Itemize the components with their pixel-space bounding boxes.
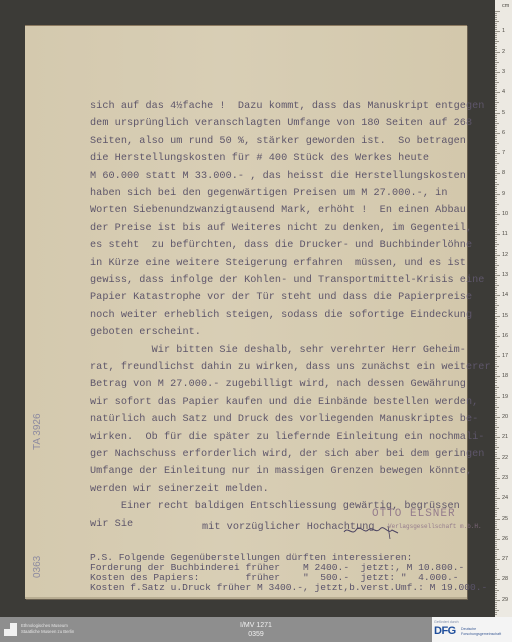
ruler-tick <box>495 100 497 101</box>
ruler-tick <box>495 309 497 310</box>
ruler-tick <box>495 350 497 351</box>
ruler-label: 28 <box>502 576 508 582</box>
ruler-tick <box>495 585 497 586</box>
letter-body-line: dem ursprünglich veranschlagten Umfange … <box>90 118 472 130</box>
ruler-tick <box>495 596 497 597</box>
ruler-tick <box>495 305 499 306</box>
ruler-tick <box>495 516 497 517</box>
ruler-tick <box>495 15 497 16</box>
ruler-tick <box>495 291 497 292</box>
ruler-tick <box>495 240 497 241</box>
ruler-tick <box>495 246 497 247</box>
ruler-tick <box>495 346 499 347</box>
ruler-tick <box>495 287 497 288</box>
ruler-tick <box>495 98 497 99</box>
ruler-tick <box>495 161 497 162</box>
ruler-tick <box>495 285 499 286</box>
ruler-tick <box>495 366 499 367</box>
ruler-tick <box>495 320 497 321</box>
ruler-tick <box>495 468 499 469</box>
ruler-tick <box>495 474 497 475</box>
ruler-tick <box>495 454 497 455</box>
funder-label: Gefördert durch <box>434 620 459 624</box>
ruler-tick <box>495 147 497 148</box>
ruler-tick <box>495 113 500 114</box>
ruler-tick <box>495 525 497 526</box>
letter-body-line: wir Sie <box>90 519 133 531</box>
ruler-label: 26 <box>502 536 508 542</box>
ruler-tick <box>495 464 497 465</box>
ruler-tick <box>495 523 497 524</box>
ruler-tick <box>495 608 497 609</box>
ruler-tick <box>495 131 497 132</box>
ruler-tick <box>495 299 497 300</box>
ruler-tick <box>495 533 497 534</box>
funder-name-line: Forschungsgemeinschaft <box>461 632 501 637</box>
ruler-tick <box>495 338 497 339</box>
ruler-tick <box>495 456 497 457</box>
scale-ruler: cm 1234567891011121314151617181920212223… <box>495 0 512 617</box>
ruler-tick <box>495 423 497 424</box>
ruler-tick <box>495 563 497 564</box>
ruler-tick <box>495 606 497 607</box>
ruler-tick <box>495 470 497 471</box>
ruler-tick <box>495 372 497 373</box>
ruler-tick <box>495 322 497 323</box>
ruler-label: 2 <box>502 49 505 55</box>
ruler-tick <box>495 41 499 42</box>
ruler-tick <box>495 324 497 325</box>
ruler-tick <box>495 318 497 319</box>
ruler-tick <box>495 498 500 499</box>
ruler-tick <box>495 592 497 593</box>
ruler-tick <box>495 242 497 243</box>
ruler-tick <box>495 214 500 215</box>
ruler-tick <box>495 62 499 63</box>
ruler-tick <box>495 409 497 410</box>
ruler-tick <box>495 29 497 30</box>
ruler-tick <box>495 435 497 436</box>
ruler-tick <box>495 415 497 416</box>
ruler-label: 8 <box>502 170 505 176</box>
ruler-tick <box>495 72 500 73</box>
ruler-tick <box>495 389 497 390</box>
ruler-tick <box>495 39 497 40</box>
ruler-tick <box>495 598 497 599</box>
ruler-tick <box>495 600 500 601</box>
ruler-tick <box>495 157 497 158</box>
ruler-label: 22 <box>502 455 508 461</box>
ruler-tick <box>495 82 499 83</box>
dfg-logo-icon: DFG <box>434 625 456 637</box>
ruler-tick <box>495 190 497 191</box>
ruler-tick <box>495 326 499 327</box>
ruler-label: 9 <box>502 191 505 197</box>
ruler-tick <box>495 117 497 118</box>
ruler-tick <box>495 198 497 199</box>
ruler-tick <box>495 614 497 615</box>
letter-body-line: wirken. Ob für die später zu liefernde E… <box>90 432 484 444</box>
ruler-tick <box>495 64 497 65</box>
ruler-tick <box>495 579 500 580</box>
ruler-tick <box>495 149 497 150</box>
ruler-tick <box>495 184 499 185</box>
ruler-tick <box>495 514 497 515</box>
ruler-tick <box>495 429 497 430</box>
ruler-tick <box>495 265 499 266</box>
ruler-tick <box>495 590 499 591</box>
ruler-tick <box>495 212 497 213</box>
ruler-tick <box>495 21 499 22</box>
ruler-tick <box>495 88 497 89</box>
ruler-tick <box>495 417 500 418</box>
ruler-tick <box>495 553 497 554</box>
ruler-tick <box>495 535 497 536</box>
ruler-tick <box>495 35 497 36</box>
ruler-tick <box>495 519 500 520</box>
ruler-label: 14 <box>502 292 508 298</box>
ruler-tick <box>495 226 497 227</box>
ruler-label: 17 <box>502 353 508 359</box>
ruler-tick <box>495 194 500 195</box>
ruler-tick <box>495 452 497 453</box>
ruler-tick <box>495 462 497 463</box>
ruler-tick <box>495 449 497 450</box>
ruler-tick <box>495 506 497 507</box>
ruler-tick <box>495 399 497 400</box>
ruler-tick <box>495 275 500 276</box>
ruler-tick <box>495 121 497 122</box>
letter-body-line: rat, freundlichst dahin zu wirken, dass … <box>90 362 491 374</box>
ruler-tick <box>495 92 500 93</box>
ruler-tick <box>495 43 497 44</box>
letter-body-line: die Herstellungskosten für # 400 Stück d… <box>90 153 429 165</box>
ruler-tick <box>495 559 500 560</box>
ruler-tick <box>495 476 497 477</box>
ruler-tick <box>495 267 497 268</box>
ruler-tick <box>495 531 497 532</box>
ruler-tick <box>495 188 497 189</box>
ruler-tick <box>495 96 497 97</box>
ruler-tick <box>495 358 497 359</box>
ruler-tick <box>495 360 497 361</box>
ruler-tick <box>495 364 497 365</box>
ruler-tick <box>495 575 497 576</box>
letter-body-line: Betrag von M 27.000.- zugebilligt wird, … <box>90 379 466 391</box>
ruler-tick <box>495 173 500 174</box>
ruler-label: 27 <box>502 556 508 562</box>
ruler-tick <box>495 380 497 381</box>
ruler-tick <box>495 277 497 278</box>
ruler-tick <box>495 228 497 229</box>
ruler-tick <box>495 25 497 26</box>
letter-body-line: noch weiter erheblich steigen, sodass di… <box>90 310 472 322</box>
ruler-tick <box>495 393 497 394</box>
ruler-tick <box>495 76 497 77</box>
ruler-label: 18 <box>502 373 508 379</box>
ruler-tick <box>495 445 497 446</box>
ruler-tick <box>495 303 497 304</box>
letter-body-line: sich auf das 4½fache ! Dazu kommt, dass … <box>90 101 484 113</box>
ruler-tick <box>495 378 497 379</box>
ruler-tick <box>495 439 497 440</box>
ruler-tick <box>495 512 497 513</box>
ruler-tick <box>495 165 497 166</box>
ruler-tick <box>495 447 499 448</box>
ruler-tick <box>495 135 497 136</box>
ruler-tick <box>495 23 497 24</box>
ruler-tick <box>495 362 497 363</box>
page-fold-edge <box>25 597 467 599</box>
ruler-tick <box>495 565 497 566</box>
ruler-tick <box>495 395 497 396</box>
ruler-tick <box>495 283 497 284</box>
letter-body-line: es steht zu befürchten, dass die Drucker… <box>90 240 472 252</box>
ruler-tick <box>495 220 497 221</box>
ruler-tick <box>495 573 497 574</box>
ruler-tick <box>495 496 497 497</box>
ruler-tick <box>495 356 500 357</box>
ruler-tick <box>495 385 497 386</box>
ruler-tick <box>495 577 497 578</box>
ruler-tick <box>495 344 497 345</box>
ruler-tick <box>495 177 497 178</box>
ruler-tick <box>495 311 497 312</box>
ruler-tick <box>495 330 497 331</box>
ruler-tick <box>495 425 497 426</box>
ruler-tick <box>495 391 497 392</box>
ruler-label: 24 <box>502 495 508 501</box>
ruler-tick <box>495 529 499 530</box>
ruler-tick <box>495 301 497 302</box>
ruler-tick <box>495 352 497 353</box>
ruler-tick <box>495 370 497 371</box>
ruler-tick <box>495 269 497 270</box>
ruler-tick <box>495 307 497 308</box>
ruler-tick <box>495 374 497 375</box>
margin-note-folio: 0363 <box>32 556 43 578</box>
ruler-tick <box>495 46 497 47</box>
ruler-tick <box>495 251 497 252</box>
letter-body-line: Worten Siebenundzwanzigtausend Mark, erh… <box>90 205 466 217</box>
ruler-tick <box>495 413 497 414</box>
letter-body-line: werden wir seinerzeit melden. <box>90 484 269 496</box>
ruler-tick <box>495 472 497 473</box>
ruler-tick <box>495 441 497 442</box>
ruler-tick <box>495 273 497 274</box>
ruler-tick <box>495 253 497 254</box>
ruler-tick <box>495 196 497 197</box>
ruler-tick <box>495 58 497 59</box>
ruler-tick <box>495 279 497 280</box>
ruler-tick <box>495 460 497 461</box>
ruler-tick <box>495 427 499 428</box>
ruler-tick <box>495 348 497 349</box>
ruler-tick <box>495 33 497 34</box>
ruler-tick <box>495 405 497 406</box>
ruler-tick <box>495 171 497 172</box>
ruler-tick <box>495 94 497 95</box>
ruler-tick <box>495 549 499 550</box>
ruler-tick <box>495 334 497 335</box>
ruler-tick <box>495 68 497 69</box>
ruler-tick <box>495 437 500 438</box>
ruler-tick <box>495 342 497 343</box>
ruler-tick <box>495 86 497 87</box>
ruler-tick <box>495 80 497 81</box>
ruler-tick <box>495 108 497 109</box>
ruler-tick <box>495 569 499 570</box>
ruler-tick <box>495 50 497 51</box>
ruler-tick <box>495 281 497 282</box>
letter-body-line: wir sofort das Papier kaufen und die Ein… <box>90 397 478 409</box>
ruler-tick <box>495 232 497 233</box>
ruler-tick <box>495 257 497 258</box>
ruler-tick <box>495 102 499 103</box>
ruler-tick <box>495 60 497 61</box>
ruler-tick <box>495 141 497 142</box>
ruler-tick <box>495 602 497 603</box>
ruler-label: 25 <box>502 516 508 522</box>
ruler-tick <box>495 421 497 422</box>
ruler-tick <box>495 482 497 483</box>
ruler-tick <box>495 259 497 260</box>
ruler-tick <box>495 521 497 522</box>
ruler-tick <box>495 407 499 408</box>
ruler-tick <box>495 354 497 355</box>
ruler-tick <box>495 244 499 245</box>
ruler-tick <box>495 490 497 491</box>
ruler-label: 6 <box>502 130 505 136</box>
publisher-stamp-subline: Verlagsgesellschaft m.b.H. <box>388 523 482 530</box>
ruler-tick <box>495 78 497 79</box>
letter-body-line: der Preise ist bis auf Weiteres nicht zu… <box>90 223 472 235</box>
ruler-tick <box>495 255 500 256</box>
handwritten-signature <box>342 522 402 540</box>
letter-body-line: Umfange der Einleitung nur in massigen G… <box>90 466 472 478</box>
ruler-tick <box>495 127 497 128</box>
ruler-tick <box>495 510 497 511</box>
ruler-tick <box>495 478 500 479</box>
ruler-label: 16 <box>502 333 508 339</box>
ruler-tick <box>495 431 497 432</box>
ruler-label: 10 <box>502 211 508 217</box>
ruler-tick <box>495 571 497 572</box>
ruler-tick <box>495 336 500 337</box>
ruler-tick <box>495 411 497 412</box>
ruler-tick <box>495 70 497 71</box>
ruler-tick <box>495 419 497 420</box>
ruler-tick <box>495 541 497 542</box>
letter-body-line: M 60.000 statt M 33.000.- , das heisst d… <box>90 171 466 183</box>
ruler-tick <box>495 123 499 124</box>
ruler-tick <box>495 316 500 317</box>
ruler-tick <box>495 480 497 481</box>
ruler-tick <box>495 145 497 146</box>
ruler-tick <box>495 368 497 369</box>
ruler-tick <box>495 192 497 193</box>
ruler-tick <box>495 604 497 605</box>
ruler-tick <box>495 484 497 485</box>
ruler-label: 12 <box>502 252 508 258</box>
ruler-tick <box>495 466 497 467</box>
letter-body-line: Seiten, also um rund 50 %, stärker gewor… <box>90 136 466 148</box>
archive-footer: Ethnologisches Museum Staatliche Museen … <box>0 617 512 642</box>
ruler-tick <box>495 186 497 187</box>
ruler-tick <box>495 433 497 434</box>
ruler-label: 1 <box>502 28 505 34</box>
ruler-tick <box>495 387 499 388</box>
ruler-label: 15 <box>502 313 508 319</box>
ruler-tick <box>495 56 497 57</box>
ruler-tick <box>495 561 497 562</box>
ruler-tick <box>495 200 497 201</box>
ruler-tick <box>495 106 497 107</box>
ruler-tick <box>495 376 500 377</box>
letter-body-line: geboten erscheint. <box>90 327 201 339</box>
ruler-tick <box>495 494 497 495</box>
ruler-tick <box>495 594 497 595</box>
ruler-tick <box>495 555 497 556</box>
ruler-tick <box>495 52 500 53</box>
ruler-label: 11 <box>502 231 508 237</box>
ruler-tick <box>495 583 497 584</box>
ruler-tick <box>495 527 497 528</box>
ruler-tick <box>495 202 497 203</box>
letter-body-line: natürlich auch Satz und Druck des vorlie… <box>90 414 478 426</box>
ruler-label: 19 <box>502 394 508 400</box>
ruler-tick <box>495 543 497 544</box>
ruler-tick <box>495 249 497 250</box>
ruler-label: 23 <box>502 475 508 481</box>
ruler-label: 20 <box>502 414 508 420</box>
ruler-tick <box>495 129 497 130</box>
letter-body-line: haben sich bei den gegenwärtigen Preisen… <box>90 188 447 200</box>
ruler-tick <box>495 332 497 333</box>
ruler-tick <box>495 163 499 164</box>
ruler-tick <box>495 567 497 568</box>
publisher-stamp-name: OTTO ELSNER <box>372 508 456 520</box>
ruler-tick <box>495 153 500 154</box>
ruler-tick <box>495 133 500 134</box>
ruler-tick <box>495 328 497 329</box>
ruler-tick <box>495 443 497 444</box>
ruler-tick <box>495 216 497 217</box>
ruler-tick <box>495 169 497 170</box>
ruler-label: 7 <box>502 150 505 156</box>
ruler-tick <box>495 159 497 160</box>
ruler-tick <box>495 224 499 225</box>
ruler-tick <box>495 204 499 205</box>
ruler-tick <box>495 31 500 32</box>
ruler-tick <box>495 403 497 404</box>
ruler-label: 29 <box>502 597 508 603</box>
ruler-tick <box>495 557 497 558</box>
ruler-unit: cm <box>502 3 509 9</box>
ruler-tick <box>495 155 497 156</box>
ruler-tick <box>495 295 500 296</box>
ruler-tick <box>495 66 497 67</box>
ruler-tick <box>495 261 497 262</box>
ruler-tick <box>495 37 497 38</box>
ruler-tick <box>495 27 497 28</box>
ruler-tick <box>495 90 497 91</box>
ruler-tick <box>495 119 497 120</box>
ruler-tick <box>495 125 497 126</box>
ruler-tick <box>495 492 497 493</box>
ruler-tick <box>495 143 499 144</box>
ruler-tick <box>495 137 497 138</box>
